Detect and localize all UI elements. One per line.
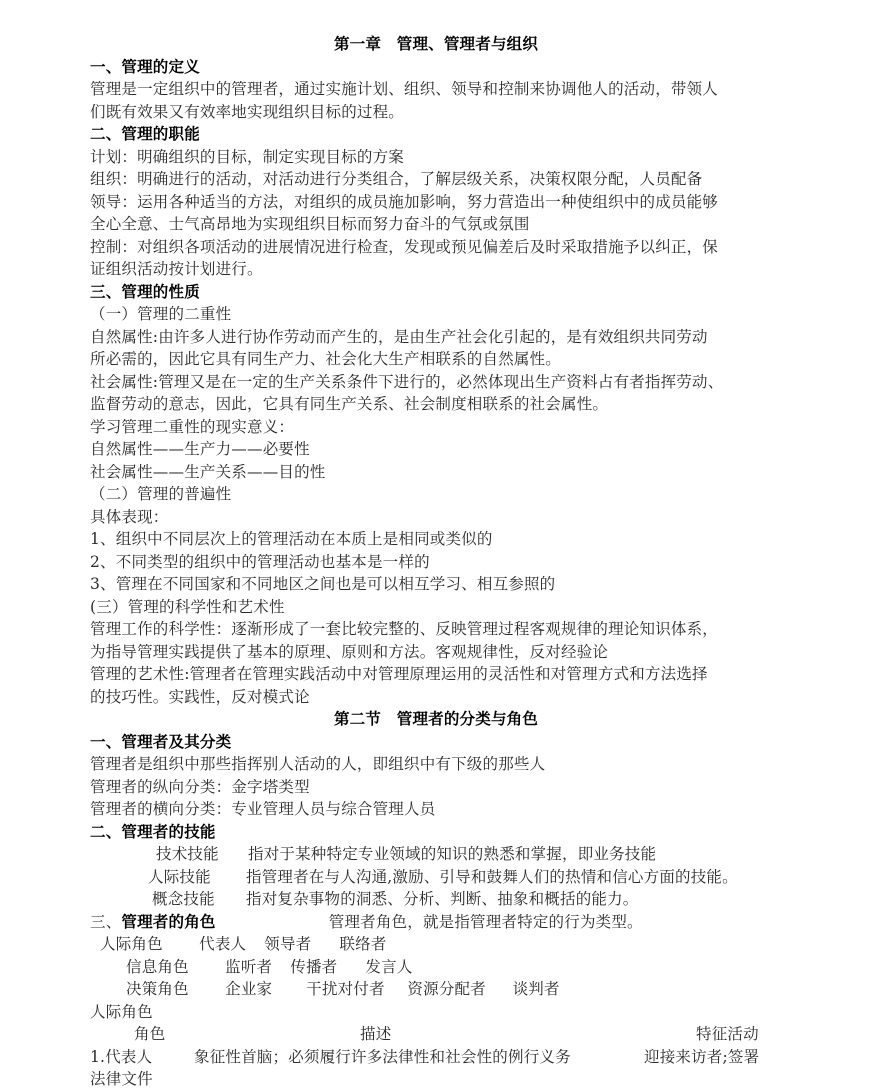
table-header: 角色 描述 特征活动 bbox=[90, 1023, 782, 1046]
subheading-science-art: (三）管理的科学性和艺术性 bbox=[90, 596, 782, 619]
list-item: 3、管理在不同国家和不同地区之间也是可以相互学习、相互参照的 bbox=[90, 573, 782, 596]
heading-text: 管理者的角色 bbox=[121, 913, 215, 931]
paragraph-line: 管理者的横向分类：专业管理人员与综合管理人员 bbox=[90, 798, 782, 821]
role-group-name: 信息角色 bbox=[126, 956, 220, 979]
paragraph-line: 自然属性——生产力——必要性 bbox=[90, 438, 782, 461]
role-name: 发言人 bbox=[365, 956, 412, 979]
paragraph-line: 控制：对组织各项活动的进展情况进行检查，发现或预见偏差后及时采取措施予以纠正，保 bbox=[90, 236, 782, 259]
paragraph-line: 自然属性:由许多人进行协作劳动而产生的，是由生产社会化引起的，是有效组织共同劳动 bbox=[90, 326, 782, 349]
paragraph-line: 社会属性——生产关系——目的性 bbox=[90, 461, 782, 484]
role-name: 企业家 bbox=[225, 978, 301, 1001]
document-page: 第一章 管理、管理者与组织 一、管理的定义 管理是一定组织中的管理者，通过实施计… bbox=[90, 33, 782, 1089]
skill-desc: 指对于某种特定专业领域的知识的熟悉和掌握，即业务技能 bbox=[248, 843, 656, 866]
paragraph-line: 管理是一定组织中的管理者，通过实施计划、组织、领导和控制来协调他人的活动，带领人 bbox=[90, 78, 782, 101]
role-group-row: 人际角色 代表人 领导者 联络者 bbox=[90, 933, 782, 956]
paragraph-line: 证组织活动按计划进行。 bbox=[90, 258, 782, 281]
cell-activity: 迎接来访者;签署 bbox=[644, 1046, 759, 1069]
heading-manager-skills: 二、管理者的技能 bbox=[90, 821, 782, 844]
role-group-row: 信息角色 监听者 传播者 发言人 bbox=[90, 956, 782, 979]
skill-name: 技术技能 bbox=[156, 843, 248, 866]
subheading-universality: （二）管理的普遍性 bbox=[90, 483, 782, 506]
paragraph-line: 管理者的纵向分类：金字塔类型 bbox=[90, 776, 782, 799]
column-header-desc: 描述 bbox=[360, 1023, 696, 1046]
role-definition: 管理者角色，就是指管理者特定的行为类型。 bbox=[329, 913, 643, 931]
paragraph-line: 们既有效果又有效率地实现组织目标的过程。 bbox=[90, 101, 782, 124]
subheading-duality: （一）管理的二重性 bbox=[90, 303, 782, 326]
skill-row: 概念技能 指对复杂事物的洞悉、分析、判断、抽象和概括的能力。 bbox=[90, 888, 782, 911]
paragraph-line: 具体表现： bbox=[90, 506, 782, 529]
role-name: 干扰对付者 bbox=[306, 978, 402, 1001]
role-name: 谈判者 bbox=[513, 978, 560, 1001]
paragraph-line: 的技巧性。实践性，反对模式论 bbox=[90, 686, 782, 709]
role-group-row: 决策角色 企业家 干扰对付者 资源分配者 谈判者 bbox=[90, 978, 782, 1001]
heading-functions: 二、管理的职能 bbox=[90, 123, 782, 146]
list-item: 2、不同类型的组织中的管理活动也基本是一样的 bbox=[90, 551, 782, 574]
role-group-name: 决策角色 bbox=[126, 978, 220, 1001]
skill-row: 人际技能 指管理者在与人沟通,激励、引导和鼓舞人们的热情和信心方面的技能。 bbox=[90, 866, 782, 889]
paragraph-line: 领导：运用各种适当的方法，对组织的成员施加影响，努力营造出一种使组织中的成员能够 bbox=[90, 191, 782, 214]
list-item: 1、组织中不同层次上的管理活动在本质上是相同或类似的 bbox=[90, 528, 782, 551]
heading-definition: 一、管理的定义 bbox=[90, 56, 782, 79]
role-name: 联络者 bbox=[339, 933, 386, 956]
role-name: 监听者 bbox=[225, 956, 285, 979]
cell-desc: 象征性首脑；必须履行许多法律性和社会性的例行义务 bbox=[194, 1046, 644, 1069]
table-title: 人际角色 bbox=[90, 1001, 782, 1024]
role-group-name: 人际角色 bbox=[100, 933, 194, 956]
skill-row: 技术技能 指对于某种特定专业领域的知识的熟悉和掌握，即业务技能 bbox=[90, 843, 782, 866]
skill-name: 人际技能 bbox=[148, 866, 246, 889]
cell-activity-continued: 法律文件 bbox=[90, 1068, 782, 1089]
paragraph-line: 监督劳动的意志，因此，它具有同生产关系、社会制度相联系的社会属性。 bbox=[90, 393, 782, 416]
paragraph-line: 管理的艺术性:管理者在管理实践活动中对管理原理运用的灵活性和对管理方式和方法选择 bbox=[90, 663, 782, 686]
section-title: 第二节 管理者的分类与角色 bbox=[90, 708, 782, 731]
skill-desc: 指对复杂事物的洞悉、分析、判断、抽象和概括的能力。 bbox=[246, 888, 639, 911]
chapter-title: 第一章 管理、管理者与组织 bbox=[90, 33, 782, 56]
heading-manager-roles: 三、管理者的角色 管理者角色，就是指管理者特定的行为类型。 bbox=[90, 911, 782, 934]
skill-name: 概念技能 bbox=[152, 888, 246, 911]
role-name: 代表人 bbox=[199, 933, 259, 956]
table-row: 1.代表人 象征性首脑；必须履行许多法律性和社会性的例行义务 迎接来访者;签署 bbox=[90, 1046, 782, 1069]
heading-prefix: 三、 bbox=[90, 913, 121, 931]
paragraph-line: 所必需的，因此它具有同生产力、社会化大生产相联系的自然属性。 bbox=[90, 348, 782, 371]
column-header-role: 角色 bbox=[134, 1023, 360, 1046]
role-name: 领导者 bbox=[264, 933, 334, 956]
cell-role: 1.代表人 bbox=[90, 1046, 194, 1069]
role-name: 传播者 bbox=[290, 956, 360, 979]
heading-managers-classification: 一、管理者及其分类 bbox=[90, 731, 782, 754]
paragraph-line: 为指导管理实践提供了基本的原理、原则和方法。客观规律性，反对经验论 bbox=[90, 641, 782, 664]
paragraph-line: 管理者是组织中那些指挥别人活动的人，即组织中有下级的那些人 bbox=[90, 753, 782, 776]
column-header-activity: 特征活动 bbox=[696, 1023, 759, 1046]
paragraph-line: 全心全意、士气高昂地为实现组织目标而努力奋斗的气氛或氛围 bbox=[90, 213, 782, 236]
paragraph-line: 计划：明确组织的目标，制定实现目标的方案 bbox=[90, 146, 782, 169]
paragraph-line: 社会属性:管理又是在一定的生产关系条件下进行的，必然体现出生产资料占有者指挥劳动… bbox=[90, 371, 782, 394]
paragraph-line: 管理工作的科学性：逐渐形成了一套比较完整的、反映管理过程客观规律的理论知识体系， bbox=[90, 618, 782, 641]
role-name: 资源分配者 bbox=[407, 978, 507, 1001]
heading-nature: 三、管理的性质 bbox=[90, 281, 782, 304]
paragraph-line: 学习管理二重性的现实意义： bbox=[90, 416, 782, 439]
skill-desc: 指管理者在与人沟通,激励、引导和鼓舞人们的热情和信心方面的技能。 bbox=[246, 866, 738, 889]
paragraph-line: 组织：明确进行的活动，对活动进行分类组合，了解层级关系，决策权限分配，人员配备 bbox=[90, 168, 782, 191]
